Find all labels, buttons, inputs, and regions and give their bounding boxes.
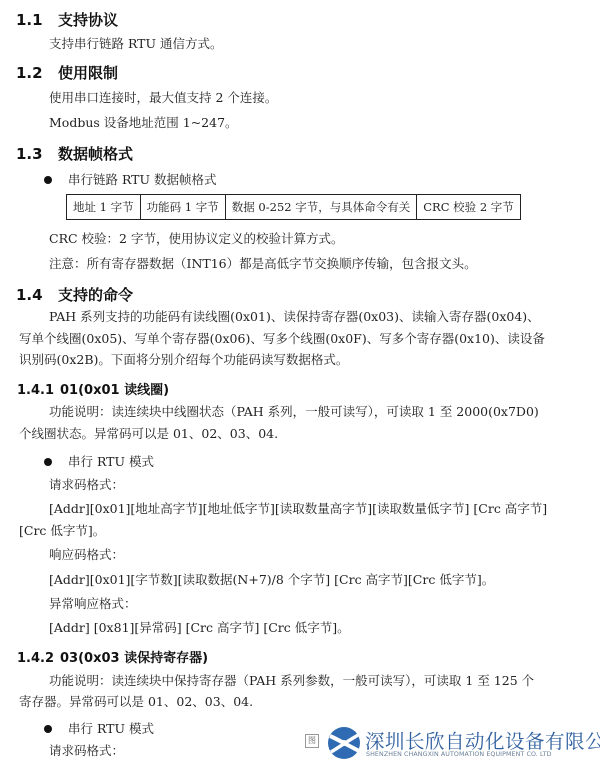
bullet-dot-icon — [44, 458, 52, 466]
company-name-en: SHENZHEN CHANGXIN AUTOMATION EQUIPMENT C… — [366, 751, 552, 758]
paragraph-commands-2: 写单个线圈(0x05)、写单个寄存器(0x06)、写多个线圈(0x0F)、写多个… — [19, 331, 545, 347]
paragraph-protocol: 支持串行链路 RTU 通信方式。 — [49, 36, 223, 52]
paragraph-crc-note: CRC 校验：2 字节，使用协议定义的校验计算方式。 — [49, 231, 343, 247]
bullet-rtu-mode: 串行 RTU 模式 — [44, 452, 154, 470]
request-format-2: [Crc 低字节]。 — [19, 523, 105, 539]
bullet-dot-icon — [44, 725, 52, 733]
bullet-dot-icon — [44, 176, 52, 184]
paragraph-func01-desc-1: 功能说明：读连续块中线圈状态（PAH 系列，一般可读写），可读取 1 至 200… — [49, 404, 539, 420]
response-format-label: 响应码格式： — [49, 547, 124, 563]
response-format: [Addr][0x01][字节数][读取数据(N+7)/8 个字节] [Crc … — [49, 572, 494, 588]
company-logo-icon — [327, 726, 363, 760]
heading-1-1: 1.1支持协议 — [16, 9, 118, 30]
paragraph-commands-1: PAH 系列支持的功能码有读线圈(0x01)、读保持寄存器(0x03)、读输入寄… — [49, 309, 540, 325]
bullet-rtu-mode-2: 串行 RTU 模式 — [44, 719, 154, 737]
exception-format-label: 异常响应格式： — [49, 596, 137, 612]
paragraph-limit-2: Modbus 设备地址范围 1~247。 — [49, 115, 238, 131]
paragraph-attention: 注意：所有寄存器数据（INT16）都是高低字节交换顺序传输，包含报文头。 — [49, 256, 477, 272]
table-cell-address: 地址 1 字节 — [67, 195, 141, 220]
table-cell-function-code: 功能码 1 字节 — [140, 195, 225, 220]
heading-1-4: 1.4支持的命令 — [16, 284, 133, 305]
request-format-label: 请求码格式： — [49, 477, 124, 493]
heading-1-3: 1.3数据帧格式 — [16, 143, 133, 164]
paragraph-commands-3: 识别码(0x2B)。下面将分别介绍每个功能码读写数据格式。 — [19, 352, 348, 368]
paragraph-func01-desc-2: 个线圈状态。异常码可以是 01、02、03、04. — [19, 426, 278, 442]
company-watermark: 图 深圳长欣自动化设备有限公司 SHENZHEN CHANGXIN AUTOMA… — [305, 726, 597, 762]
paragraph-func03-desc-2: 寄存器。异常码可以是 01、02、03、04. — [19, 694, 253, 710]
heading-1-4-1: 1.4.101(0x01 读线圈) — [17, 379, 169, 398]
frame-format-table: 地址 1 字节 功能码 1 字节 数据 0-252 字节，与具体命令有关 CRC… — [66, 194, 521, 220]
table-cell-data: 数据 0-252 字节，与具体命令有关 — [225, 195, 416, 220]
heading-1-4-2: 1.4.203(0x03 读保持寄存器) — [17, 647, 208, 666]
image-placeholder-icon: 图 — [305, 734, 319, 748]
company-name-cn: 深圳长欣自动化设备有限公司 — [365, 726, 600, 754]
exception-format: [Addr] [0x81][异常码] [Crc 高字节] [Crc 低字节]。 — [49, 620, 350, 636]
paragraph-limit-1: 使用串口连接时，最大值支持 2 个连接。 — [49, 90, 277, 106]
bullet-rtu-frame: 串行链路 RTU 数据帧格式 — [44, 170, 217, 188]
table-cell-crc: CRC 校验 2 字节 — [417, 195, 521, 220]
request-format-1: [Addr][0x01][地址高字节][地址低字节][读取数量高字节][读取数量… — [49, 501, 547, 517]
request-format-label-2: 请求码格式： — [49, 743, 124, 759]
paragraph-func03-desc-1: 功能说明：读连续块中保持寄存器（PAH 系列参数，一般可读写），可读取 1 至 … — [49, 673, 534, 689]
heading-1-2: 1.2使用限制 — [16, 62, 118, 83]
table-row: 地址 1 字节 功能码 1 字节 数据 0-252 字节，与具体命令有关 CRC… — [67, 195, 521, 220]
